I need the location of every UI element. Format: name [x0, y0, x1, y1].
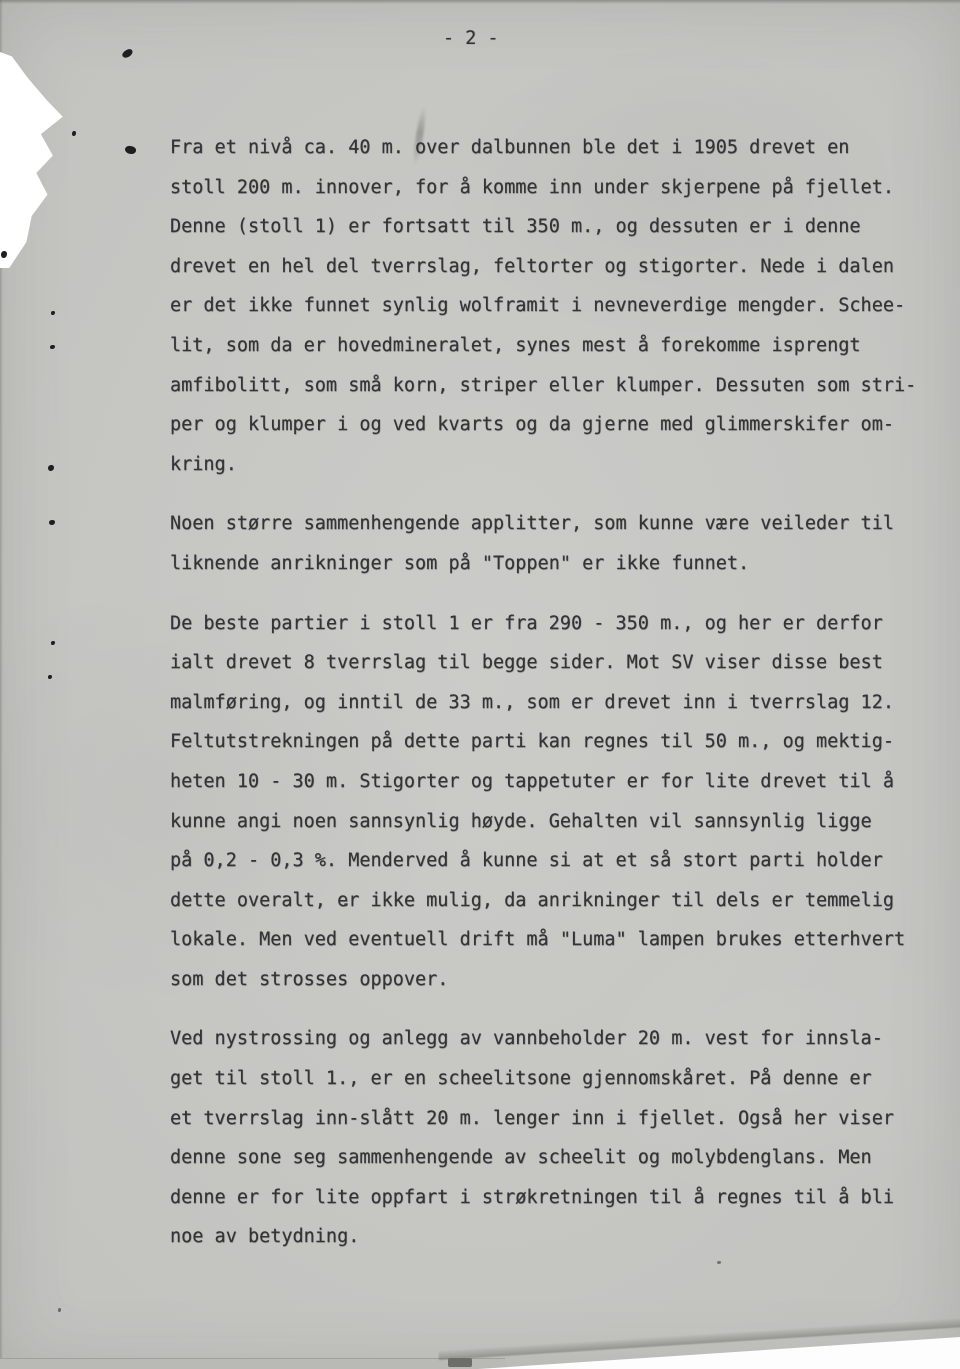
- document-text: Fra et nivå ca. 40 m. over dalbunnen ble…: [170, 128, 950, 1257]
- torn-paper-notch: [0, 52, 66, 268]
- paper-bottom-edge: [0, 1358, 505, 1369]
- ink-speck: [51, 311, 55, 315]
- ink-speck: [121, 48, 134, 59]
- scanned-document-page: - 2 - Fra et nivå ca. 40 m. over dalbunn…: [0, 0, 960, 1369]
- ink-speck: [50, 345, 55, 349]
- paper-top-edge-shadow: [0, 0, 960, 4]
- paragraph-2: Noen større sammenhengende applitter, so…: [170, 504, 950, 583]
- ink-speck: [51, 641, 55, 645]
- ink-speck: [48, 465, 54, 471]
- ink-speck: [717, 1261, 721, 1264]
- ink-speck: [49, 520, 55, 525]
- paragraph-3: De beste partier i stoll 1 er fra 290 - …: [170, 604, 950, 1000]
- page-number: - 2 -: [443, 28, 499, 49]
- paragraph-4: Ved nystrossing og anlegg av vannbeholde…: [170, 1019, 950, 1257]
- ink-speck: [58, 1308, 61, 1312]
- ink-speck: [48, 675, 52, 679]
- ink-speck: [72, 131, 76, 136]
- scan-dark-patch: [448, 1358, 472, 1367]
- paragraph-1: Fra et nivå ca. 40 m. over dalbunnen ble…: [170, 128, 950, 484]
- ink-speck: [124, 144, 137, 155]
